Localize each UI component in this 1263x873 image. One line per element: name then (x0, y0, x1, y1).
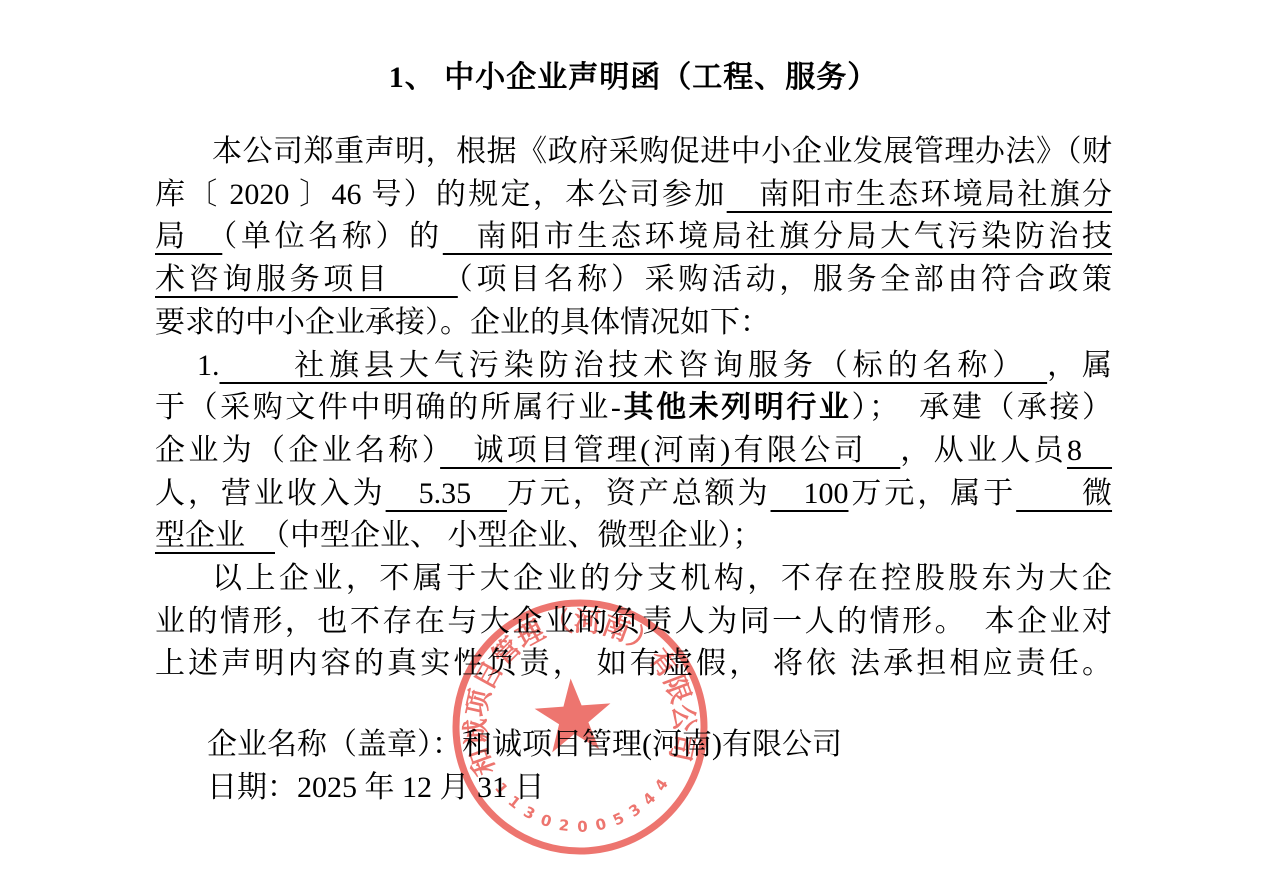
text-segment: 于（采购文件中明确的所属行业- (155, 391, 621, 424)
text-segment: 业的情形，也不存在与大企业的负责人为同一人的情形。 本企业对 (155, 605, 1112, 638)
doc-line: 本公司郑重声明，根据《政府采购促进中小企业发展管理办法》（财 (155, 131, 1112, 174)
doc-line: 于（采购文件中明确的所属行业-其他未列明行业）； 承建（承接） (155, 387, 1112, 430)
purchaser-name-field: 局 (155, 220, 222, 253)
doc-line: 库〔 2020 〕46 号）的规定，本公司参加 南阳市生态环境局社旗分 (155, 174, 1112, 217)
doc-line: 要求的中小企业承接）。企业的具体情况如下： (155, 302, 1112, 345)
text-segment: 上述声明内容的真实性负责， 如有虚假， 将依 法承担相应责任。 (155, 647, 1112, 680)
revenue-field: 5.35 (386, 477, 507, 510)
text-segment: 万元，属于 (848, 477, 1016, 510)
text-segment: 库〔 2020 〕46 号）的规定，本公司参加 (155, 178, 727, 211)
enterprise-type-field: 型企业 (155, 519, 275, 552)
text-segment: （中型企业、 小型企业、微型企业）； (275, 519, 763, 552)
document-title: 1、 中小企业声明函（工程、服务） (155, 56, 1112, 99)
doc-line: 业的情形，也不存在与大企业的负责人为同一人的情形。 本企业对 (155, 601, 1112, 644)
date-line: 日期：2025 年 12 月 31 日 (207, 766, 1112, 809)
text-segment: 要求的中小企业承接）。企业的具体情况如下： (155, 306, 770, 339)
text-segment: 企业为（企业名称） (155, 434, 440, 467)
text-segment: （单位名称）的 (222, 220, 443, 253)
doc-line: 术咨询服务项目 （项目名称）采购活动，服务全部由符合政策 (155, 259, 1112, 302)
purchaser-name-field: 南阳市生态环境局社旗分 (727, 178, 1112, 211)
company-name-field: 诚项目管理(河南)有限公司 (440, 434, 900, 467)
doc-line: 企业为（企业名称） 诚项目管理(河南)有限公司 ，从业人员8 (155, 430, 1112, 473)
doc-line: 型企业 （中型企业、 小型企业、微型企业）； (155, 515, 1112, 558)
text-segment: 万元，资产总额为 (507, 477, 771, 510)
document-page: 1、 中小企业声明函（工程、服务） 本公司郑重声明，根据《政府采购促进中小企业发… (0, 0, 1263, 873)
doc-line: 人，营业收入为 5.35 万元，资产总额为 100万元，属于 微 (155, 473, 1112, 516)
text-segment: ，属 (1047, 349, 1112, 382)
doc-line: 1. 社旗县大气污染防治技术咨询服务（标的名称） ，属 (155, 345, 1112, 388)
document-content: 1、 中小企业声明函（工程、服务） 本公司郑重声明，根据《政府采购促进中小企业发… (155, 56, 1112, 809)
list-number: 1. (197, 349, 220, 382)
text-segment: 日期：2025 年 12 月 31 日 (207, 771, 545, 804)
text-segment: 以上企业，不属于大企业的分支机构，不存在控股股东为大企 (212, 562, 1112, 595)
text-segment: 本公司郑重声明，根据《政府采购促进中小企业发展管理办法》（财 (212, 135, 1112, 168)
company-signature-line: 企业名称（盖章）：和诚项目管理(河南)有限公司 (207, 723, 1112, 766)
text-segment: 企业名称（盖章）：和诚项目管理(河南)有限公司 (207, 728, 842, 761)
doc-line: 上述声明内容的真实性负责， 如有虚假， 将依 法承担相应责任。 (155, 643, 1112, 686)
industry-value: 其他未列明行业 (621, 391, 852, 424)
enterprise-type-field: 微 (1016, 477, 1112, 510)
text-segment: ，从业人员 (900, 434, 1067, 467)
signature-block: 企业名称（盖章）：和诚项目管理(河南)有限公司 日期：2025 年 12 月 3… (155, 723, 1112, 809)
doc-line: 局 （单位名称）的 南阳市生态环境局社旗分局大气污染防治技 (155, 216, 1112, 259)
assets-field: 100 (771, 477, 849, 510)
project-name-field: 南阳市生态环境局社旗分局大气污染防治技 (443, 220, 1112, 253)
subject-name-field: 社旗县大气污染防治技术咨询服务（标的名称） (220, 349, 1048, 382)
project-name-field: 术咨询服务项目 (155, 263, 458, 296)
text-segment: 人，营业收入为 (155, 477, 386, 510)
staff-count-field: 8 (1067, 434, 1112, 467)
doc-line: 以上企业，不属于大企业的分支机构，不存在控股股东为大企 (155, 558, 1112, 601)
text-segment: （项目名称）采购活动，服务全部由符合政策 (458, 263, 1112, 296)
text-segment: ）； 承建（承接） (851, 391, 1112, 424)
